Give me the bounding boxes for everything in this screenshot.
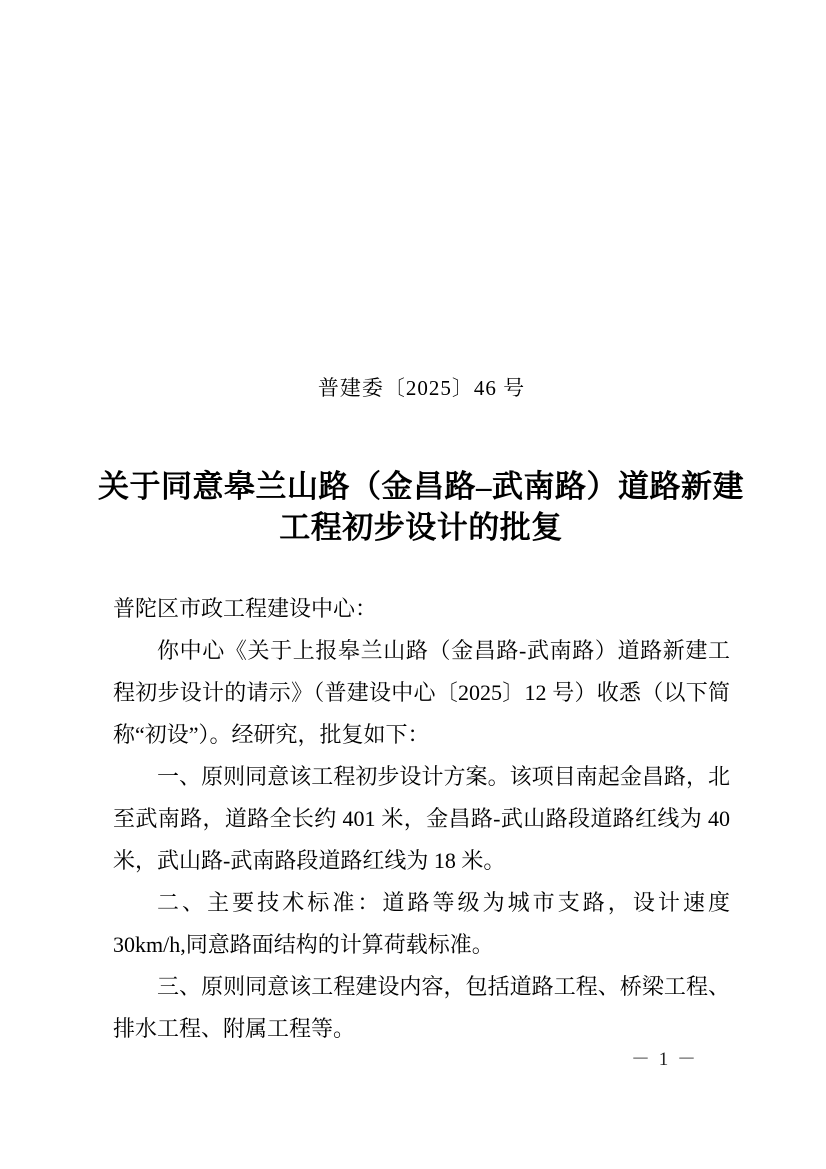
body-paragraph-3: 二、主要技术标准：道路等级为城市支路，设计速度 30km/h,同意路面结构的计算… xyxy=(113,882,730,966)
document-body: 普陀区市政工程建设中心： 你中心《关于上报皋兰山路（金昌路-武南路）道路新建工程… xyxy=(113,588,730,1050)
body-paragraph-4: 三、原则同意该工程建设内容，包括道路工程、桥梁工程、排水工程、附属工程等。 xyxy=(113,966,730,1050)
document-page: 普建委〔2025〕46 号 关于同意皋兰山路（金昌路–武南路）道路新建 工程初步… xyxy=(0,0,826,1169)
body-paragraph-1: 你中心《关于上报皋兰山路（金昌路-武南路）道路新建工程初步设计的请示》（普建设中… xyxy=(113,630,730,756)
page-number: － 1 － xyxy=(631,1044,698,1071)
document-reference-number: 普建委〔2025〕46 号 xyxy=(113,372,730,402)
salutation: 普陀区市政工程建设中心： xyxy=(113,588,730,630)
document-title-line-2: 工程初步设计的批复 xyxy=(96,507,746,548)
document-title: 关于同意皋兰山路（金昌路–武南路）道路新建 工程初步设计的批复 xyxy=(96,466,746,548)
body-paragraph-2: 一、原则同意该工程初步设计方案。该项目南起金昌路，北至武南路，道路全长约 401… xyxy=(113,756,730,882)
document-title-line-1: 关于同意皋兰山路（金昌路–武南路）道路新建 xyxy=(96,466,746,507)
